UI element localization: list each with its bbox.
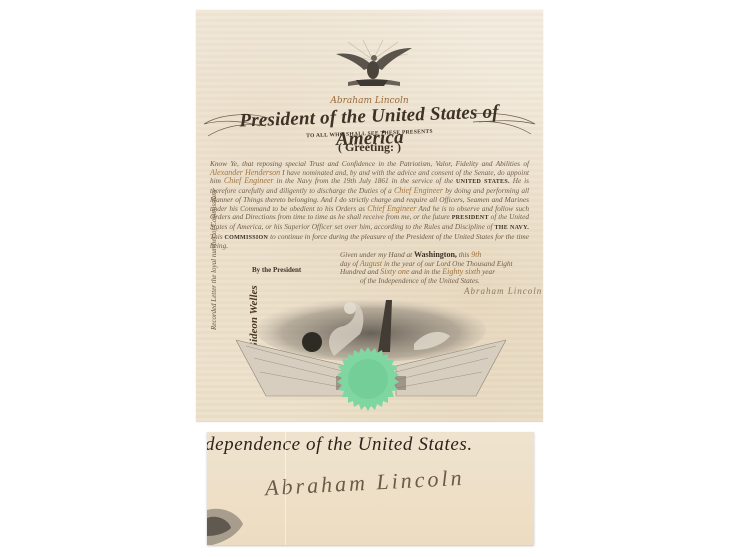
side-registration-note: Recorded Letter the loyal number of Comm…	[210, 250, 219, 330]
signature-detail-inset: dependence of the United States. Abraham…	[207, 432, 534, 545]
city-name: Washington,	[414, 250, 457, 259]
detail-engraving-fragment-icon	[207, 502, 287, 545]
greeting: ( Greeting: )	[196, 140, 543, 155]
eagle-engraving-icon	[328, 40, 418, 92]
appointee-name: Alexander Henderson	[210, 168, 280, 177]
green-seal-icon	[336, 347, 400, 411]
commission-document: Abraham Lincoln President of the United …	[196, 10, 543, 422]
detail-engraved-text: dependence of the United States.	[207, 434, 473, 456]
detail-signature: Abraham Lincoln	[264, 465, 465, 501]
